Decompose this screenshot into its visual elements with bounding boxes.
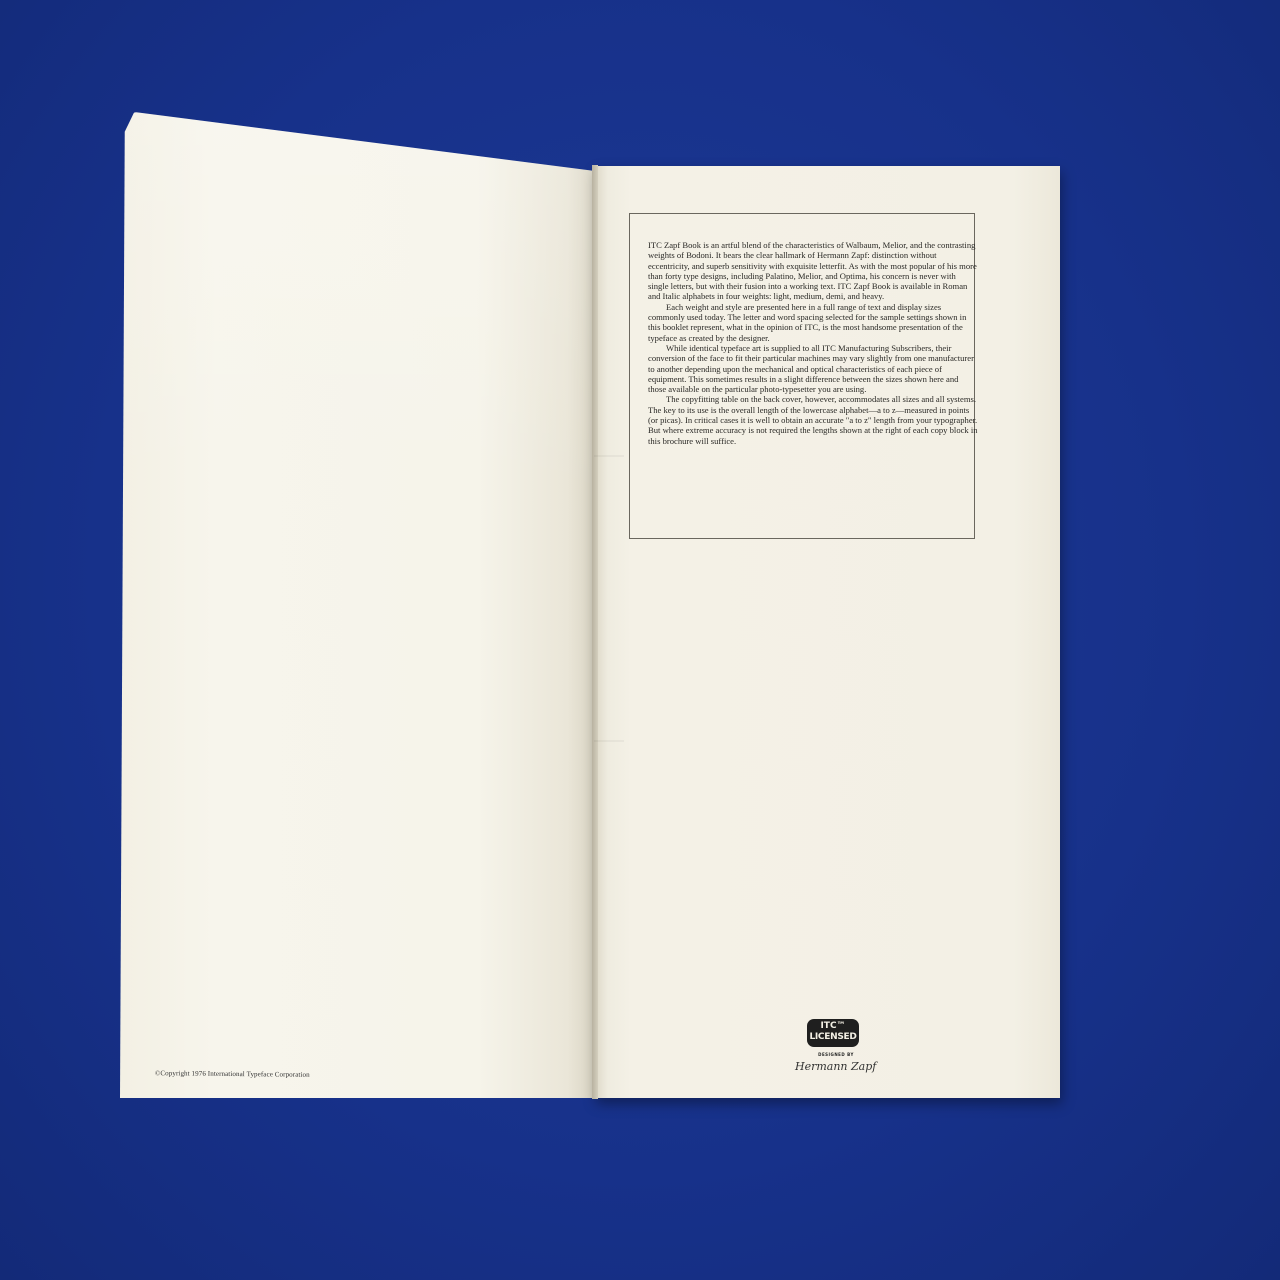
logo-itc-text: ITC™ bbox=[807, 1019, 859, 1032]
intro-text: ITC Zapf Book is an artful blend of the … bbox=[648, 240, 978, 446]
paper-crease bbox=[594, 740, 624, 742]
itc-licensed-logo: ITC™ LICENSED bbox=[807, 1019, 859, 1047]
booklet-gutter bbox=[592, 165, 598, 1099]
designed-by-label: DESIGNED BY bbox=[812, 1052, 860, 1057]
logo-licensed-text: LICENSED bbox=[807, 1032, 859, 1043]
open-booklet: ©Copyright 1976 International Typeface C… bbox=[0, 0, 1280, 1280]
intro-paragraph-1: ITC Zapf Book is an artful blend of the … bbox=[648, 240, 978, 302]
designer-signature: Hermann Zapf bbox=[795, 1060, 885, 1073]
intro-paragraph-4: The copyfitting table on the back cover,… bbox=[648, 394, 978, 445]
copyright-notice: ©Copyright 1976 International Typeface C… bbox=[155, 1069, 310, 1079]
intro-paragraph-2: Each weight and style are presented here… bbox=[648, 302, 978, 343]
intro-paragraph-3: While identical typeface art is supplied… bbox=[648, 343, 978, 394]
left-page bbox=[120, 112, 596, 1098]
paper-crease bbox=[594, 455, 624, 457]
